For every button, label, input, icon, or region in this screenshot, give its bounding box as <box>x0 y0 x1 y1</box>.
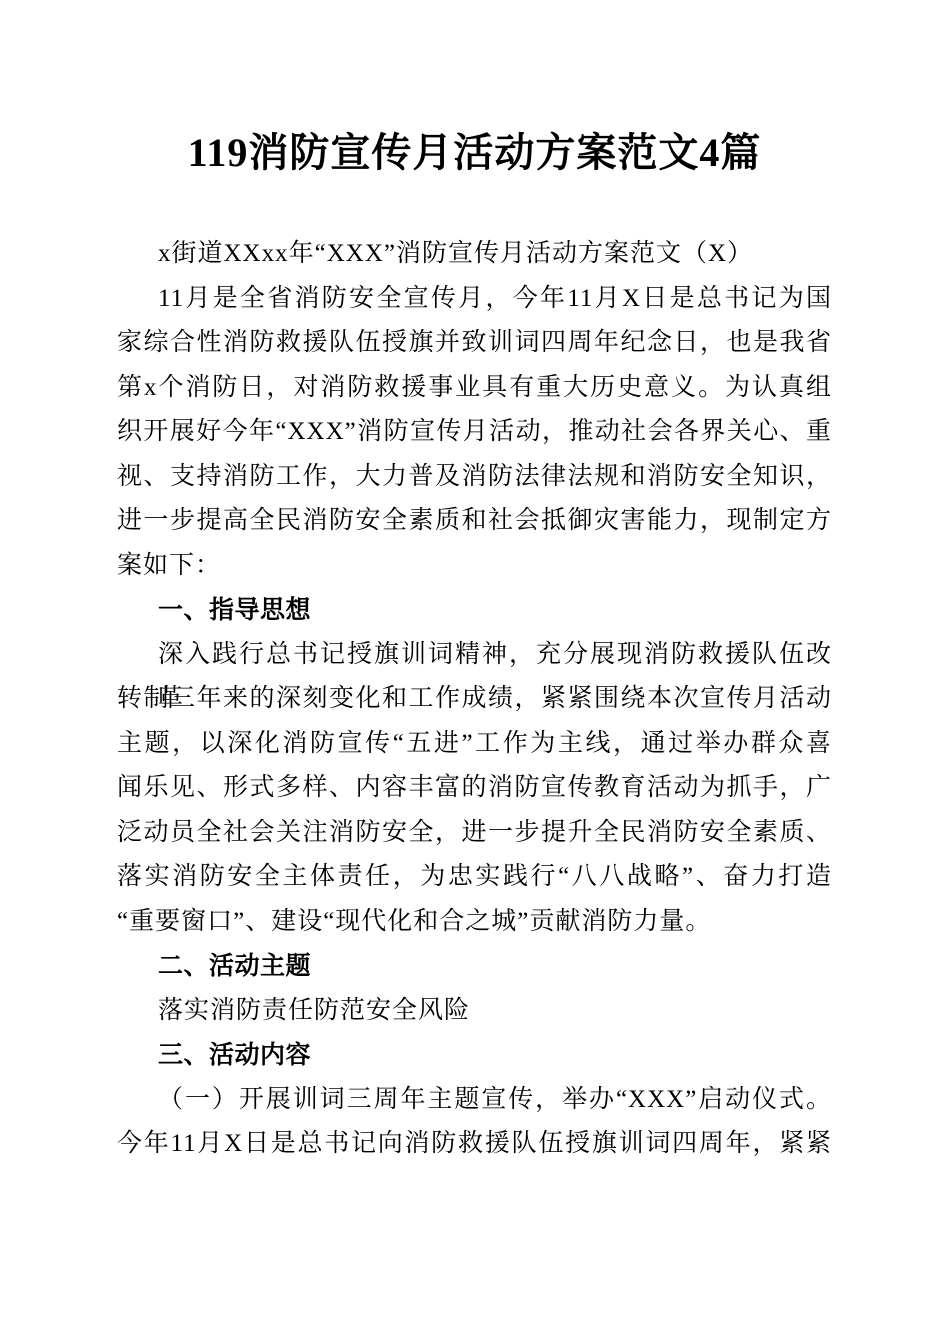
text-line: x街道XXxx年“XXX”消防宣传月活动方案范文（X） <box>117 232 832 277</box>
text-line: 织开展好今年“XXX”消防宣传月活动，推动社会各界关心、重 <box>117 410 832 455</box>
document-title: 119消防宣传月活动方案范文4篇 <box>117 126 832 180</box>
text-line: 闻乐见、形式多样、内容丰富的消防宣传教育活动为抓手，广 <box>117 766 832 811</box>
text-line: “重要窗口”、建设“现代化和合之城”贡献消防力量。 <box>117 900 832 945</box>
text-line: 主题，以深化消防宣传“五进”工作为主线，通过举办群众喜 <box>117 722 832 767</box>
text-line: 深入践行总书记授旗训词精神，充分展现消防救援队伍改革 <box>117 633 832 678</box>
text-line: 今年11月X日是总书记向消防救援队伍授旗训词四周年，紧紧 <box>117 1122 832 1167</box>
section-heading: 二、活动主题 <box>117 944 832 989</box>
text-line: 落实消防责任防范安全风险 <box>117 989 832 1034</box>
text-line: 家综合性消防救援队伍授旗并致训词四周年纪念日，也是我省 <box>117 321 832 366</box>
text-line: 落实消防安全主体责任，为忠实践行“八八战略”、奋力打造 <box>117 855 832 900</box>
text-line: 转制三年来的深刻变化和工作成绩，紧紧围绕本次宣传月活动 <box>117 677 832 722</box>
text-line: 11月是全省消防安全宣传月，今年11月X日是总书记为国 <box>117 277 832 322</box>
document-page: 119消防宣传月活动方案范文4篇 x街道XXxx年“XXX”消防宣传月活动方案范… <box>0 0 950 1344</box>
section-heading: 一、指导思想 <box>117 588 832 633</box>
text-line: 泛动员全社会关注消防安全，进一步提升全民消防安全素质、 <box>117 811 832 856</box>
text-line: 第x个消防日，对消防救援事业具有重大历史意义。为认真组 <box>117 366 832 411</box>
section-heading: 三、活动内容 <box>117 1033 832 1078</box>
document-body: x街道XXxx年“XXX”消防宣传月活动方案范文（X）11月是全省消防安全宣传月… <box>117 232 832 1167</box>
text-line: 进一步提高全民消防安全素质和社会抵御灾害能力，现制定方 <box>117 499 832 544</box>
text-line: （一）开展训词三周年主题宣传，举办“XXX”启动仪式。 <box>117 1078 832 1123</box>
document-content: 119消防宣传月活动方案范文4篇 x街道XXxx年“XXX”消防宣传月活动方案范… <box>117 126 832 1167</box>
text-line: 案如下： <box>117 544 832 589</box>
text-line: 视、支持消防工作，大力普及消防法律法规和消防安全知识， <box>117 455 832 500</box>
